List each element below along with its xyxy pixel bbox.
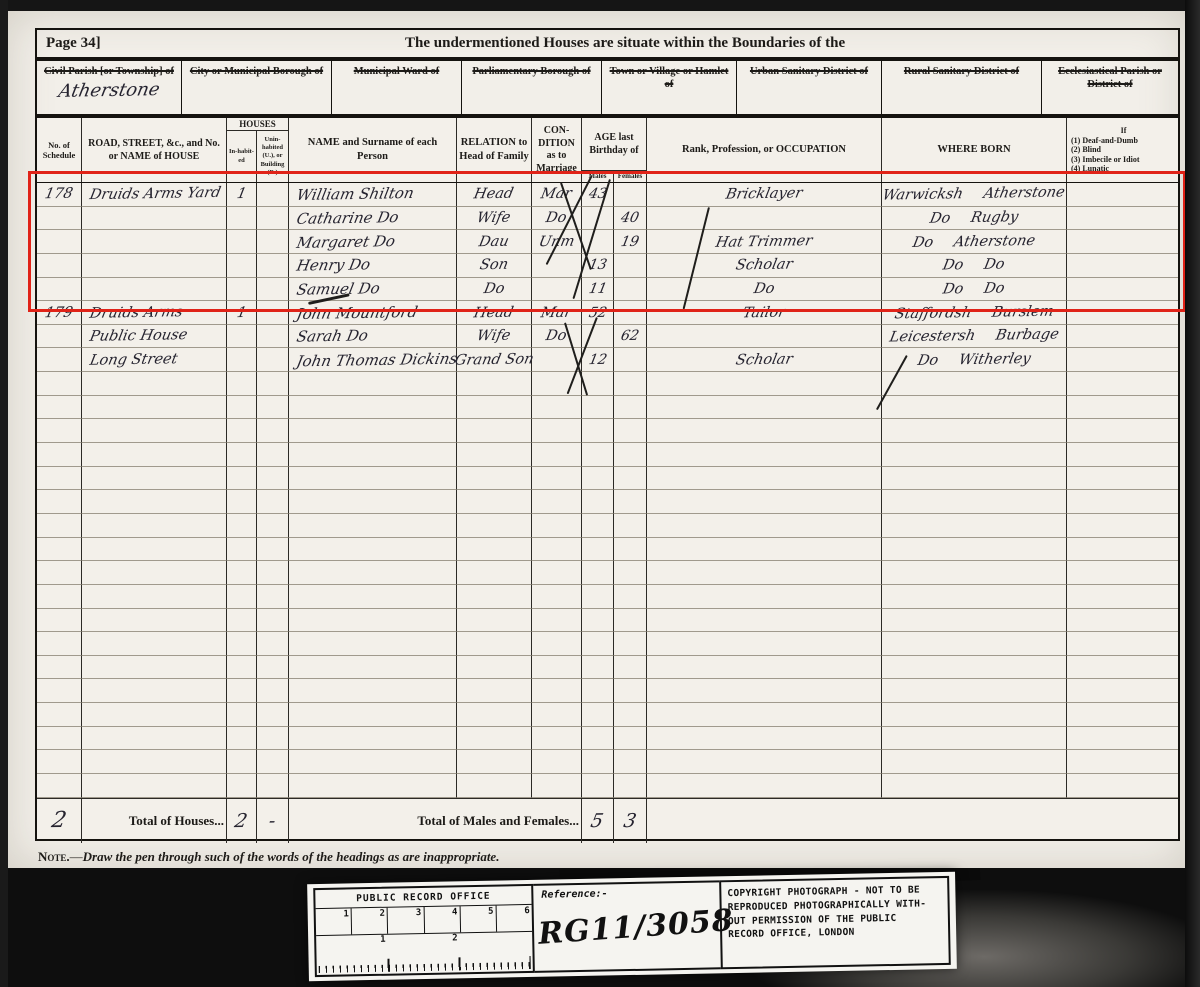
table-row xyxy=(37,419,1178,443)
handwritten-entry: Henry Do xyxy=(295,256,372,275)
cell-road xyxy=(82,656,227,680)
cell-inhabited xyxy=(227,514,257,538)
cell-age_m xyxy=(582,656,614,680)
table-row xyxy=(37,396,1178,420)
cell-born: Do Do xyxy=(882,254,1067,278)
cell-occupation xyxy=(647,538,882,562)
cell-condition xyxy=(532,561,582,585)
cell-road xyxy=(82,774,227,798)
handwritten-entry: Scholar xyxy=(734,257,794,274)
table-row xyxy=(37,467,1178,491)
cell-infirmity xyxy=(1067,514,1178,538)
cell-age_f xyxy=(614,396,647,420)
cell-born: Do Do xyxy=(882,278,1067,302)
cell-road xyxy=(82,538,227,562)
cell-inhabited xyxy=(227,278,257,302)
cell-uninhabited xyxy=(257,750,289,774)
handwritten-entry: Head xyxy=(473,186,515,203)
cell-relation xyxy=(457,538,532,562)
cell-age_m xyxy=(582,514,614,538)
handwritten-entry: Head xyxy=(473,304,515,321)
cell-uninhabited xyxy=(257,443,289,467)
cell-relation xyxy=(457,703,532,727)
table-header: No. of Schedule ROAD, STREET, &c., and N… xyxy=(37,118,1178,183)
table-row: Samuel DoDo11DoDo Do xyxy=(37,278,1178,302)
cell-born: Warwicksh Atherstone xyxy=(882,183,1067,207)
district-label: Ecclesiastical Parish or District of xyxy=(1042,65,1178,91)
table-row xyxy=(37,514,1178,538)
col-header-occupation: Rank, Profession, or OCCUPATION xyxy=(647,118,882,182)
cell-uninhabited xyxy=(257,703,289,727)
total-males: 5 xyxy=(582,799,614,844)
handwritten-entry: Druids Arms Yard xyxy=(88,185,222,203)
cell-born xyxy=(882,490,1067,514)
col-header-houses: HOUSES In-habit-ed Unin-habited (U.), or… xyxy=(227,118,289,182)
cell-infirmity xyxy=(1067,750,1178,774)
ruler-inch-row: 1 2 xyxy=(316,932,533,975)
cell-name xyxy=(289,396,457,420)
cell-age_m: 52 xyxy=(582,301,614,325)
totals-empty xyxy=(647,799,1178,844)
cell-born xyxy=(882,372,1067,396)
col-header-uninhabited: Unin-habited (U.), or Building (B.) xyxy=(257,131,288,182)
ruler-cm-cell: 1 xyxy=(316,908,353,935)
cell-born xyxy=(882,514,1067,538)
cell-condition xyxy=(532,254,582,278)
cell-born xyxy=(882,774,1067,798)
cell-road xyxy=(82,467,227,491)
table-row xyxy=(37,609,1178,633)
handwritten-entry: Druids Arms xyxy=(88,304,184,322)
handwritten-entry: Margaret Do xyxy=(295,232,397,252)
footnote-text: Draw the pen through such of the words o… xyxy=(83,849,500,864)
cell-uninhabited xyxy=(257,774,289,798)
cell-age_f xyxy=(614,183,647,207)
cell-occupation xyxy=(647,467,882,491)
handwritten-entry: Hat Trimmer xyxy=(714,233,813,251)
handwritten-entry: Tailor xyxy=(741,304,786,321)
civil-parish-handwritten-value: Atherstone xyxy=(57,79,162,102)
copyright-line: RECORD OFFICE, LONDON xyxy=(728,924,942,942)
cell-condition xyxy=(532,679,582,703)
district-box-civil-parish: Civil Parish [or Township] of Atherstone xyxy=(37,61,182,114)
cell-infirmity xyxy=(1067,254,1178,278)
handwritten-entry: 62 xyxy=(619,328,640,344)
ruler-cm-cell: 6 xyxy=(496,905,532,932)
cell-relation: Head xyxy=(457,301,532,325)
cell-occupation xyxy=(647,727,882,751)
cell-born xyxy=(882,443,1067,467)
cell-occupation xyxy=(647,561,882,585)
col-header-inhabited: In-habit-ed xyxy=(227,131,257,182)
cell-road: Druids Arms xyxy=(82,301,227,325)
cell-occupation xyxy=(647,774,882,798)
cell-road xyxy=(82,490,227,514)
table-row xyxy=(37,585,1178,609)
footnote: Note.—Draw the pen through such of the w… xyxy=(38,849,499,865)
handwritten-entry: Do Witherley xyxy=(916,351,1032,369)
cell-uninhabited xyxy=(257,278,289,302)
cell-age_m xyxy=(582,774,614,798)
cell-uninhabited xyxy=(257,207,289,231)
cell-uninhabited xyxy=(257,727,289,751)
cell-age_m xyxy=(582,703,614,727)
cell-age_f xyxy=(614,750,647,774)
col-header-road: ROAD, STREET, &c., and No. or NAME of HO… xyxy=(82,118,227,182)
cell-born xyxy=(882,396,1067,420)
cell-age_f xyxy=(614,301,647,325)
handwritten-entry: 12 xyxy=(587,352,608,368)
handwritten-entry: Do xyxy=(752,281,776,297)
cell-road xyxy=(82,254,227,278)
cell-inhabited xyxy=(227,656,257,680)
cell-born: Do Rugby xyxy=(882,207,1067,231)
cell-infirmity xyxy=(1067,679,1178,703)
page-title: The undermentioned Houses are situate wi… xyxy=(405,35,845,52)
total-males-females-label: Total of Males and Females... xyxy=(289,799,582,844)
cell-born xyxy=(882,585,1067,609)
cell-road xyxy=(82,679,227,703)
district-label: Municipal Ward of xyxy=(332,65,461,78)
cell-name: Henry Do xyxy=(289,254,457,278)
cell-age_m xyxy=(582,750,614,774)
cell-schedule xyxy=(37,490,82,514)
cell-name: John Mountford xyxy=(289,301,457,325)
handwritten-entry: Do Do xyxy=(942,257,1007,274)
cell-schedule xyxy=(37,538,82,562)
cell-age_f xyxy=(614,514,647,538)
cell-occupation xyxy=(647,703,882,727)
pro-stamp-strip: PUBLIC RECORD OFFICE 1 2 3 4 5 6 1 2 Ref… xyxy=(307,872,957,981)
cell-schedule xyxy=(37,230,82,254)
cell-age_m xyxy=(582,419,614,443)
cell-infirmity xyxy=(1067,278,1178,302)
cell-name xyxy=(289,679,457,703)
ruler-cm-cell: 3 xyxy=(388,907,425,934)
cell-age_m xyxy=(582,679,614,703)
cell-inhabited xyxy=(227,538,257,562)
handwritten-entry: Do Do xyxy=(942,280,1007,297)
cell-age_f xyxy=(614,372,647,396)
cell-name xyxy=(289,656,457,680)
cell-uninhabited xyxy=(257,467,289,491)
reference-label: Reference:- xyxy=(541,886,711,900)
cell-inhabited xyxy=(227,325,257,349)
cell-uninhabited xyxy=(257,632,289,656)
cell-occupation xyxy=(647,750,882,774)
cell-born xyxy=(882,538,1067,562)
cell-infirmity xyxy=(1067,207,1178,231)
footnote-prefix: Note. xyxy=(38,849,70,864)
cell-occupation: Scholar xyxy=(647,348,882,372)
table-row xyxy=(37,727,1178,751)
cell-relation xyxy=(457,443,532,467)
cell-age_f xyxy=(614,561,647,585)
cell-occupation xyxy=(647,656,882,680)
totals-row: 2 Total of Houses... 2 - Total of Males … xyxy=(37,798,1178,844)
cell-schedule xyxy=(37,727,82,751)
cell-age_f xyxy=(614,609,647,633)
cell-occupation xyxy=(647,443,882,467)
cell-uninhabited xyxy=(257,254,289,278)
cell-infirmity xyxy=(1067,632,1178,656)
cell-condition: Do xyxy=(532,325,582,349)
infirmity-line: If xyxy=(1071,126,1176,136)
col-header-born: WHERE BORN xyxy=(882,118,1067,182)
cell-age_m: 12 xyxy=(582,348,614,372)
handwritten-entry: 19 xyxy=(619,233,640,249)
cell-road xyxy=(82,396,227,420)
cell-road xyxy=(82,230,227,254)
cell-relation xyxy=(457,372,532,396)
cell-road xyxy=(82,585,227,609)
cell-road xyxy=(82,703,227,727)
cell-infirmity xyxy=(1067,774,1178,798)
cell-relation xyxy=(457,727,532,751)
cell-relation xyxy=(457,632,532,656)
cell-infirmity xyxy=(1067,609,1178,633)
handwritten-entry: Sarah Do xyxy=(295,327,370,346)
cell-uninhabited xyxy=(257,561,289,585)
cell-age_m xyxy=(582,727,614,751)
cell-name xyxy=(289,609,457,633)
cell-occupation xyxy=(647,207,882,231)
cell-born xyxy=(882,727,1067,751)
cell-uninhabited xyxy=(257,230,289,254)
cell-condition xyxy=(532,419,582,443)
cell-born xyxy=(882,561,1067,585)
cell-occupation xyxy=(647,419,882,443)
table-row: Catharine DoWifeDo40Do Rugby xyxy=(37,207,1178,231)
cell-occupation xyxy=(647,585,882,609)
cell-relation xyxy=(457,396,532,420)
cell-age_m xyxy=(582,490,614,514)
handwritten-entry: Grand Son xyxy=(453,351,535,368)
table-row xyxy=(37,750,1178,774)
cell-uninhabited xyxy=(257,325,289,349)
cell-infirmity xyxy=(1067,396,1178,420)
cell-infirmity xyxy=(1067,727,1178,751)
cell-road xyxy=(82,278,227,302)
cell-occupation: Scholar xyxy=(647,254,882,278)
cell-inhabited xyxy=(227,490,257,514)
handwritten-entry: 178 xyxy=(44,186,75,202)
reference-box: Reference:- RG11/3058 xyxy=(533,880,721,973)
cell-born xyxy=(882,703,1067,727)
table-row xyxy=(37,656,1178,680)
cell-condition xyxy=(532,609,582,633)
cell-age_f xyxy=(614,703,647,727)
handwritten-entry: Do Atherstone xyxy=(911,233,1036,251)
table-row xyxy=(37,561,1178,585)
cell-relation xyxy=(457,419,532,443)
cell-infirmity xyxy=(1067,490,1178,514)
table-row xyxy=(37,703,1178,727)
cell-condition xyxy=(532,585,582,609)
table-row xyxy=(37,679,1178,703)
cell-inhabited xyxy=(227,774,257,798)
cell-schedule: 178 xyxy=(37,183,82,207)
cell-inhabited xyxy=(227,396,257,420)
cell-road xyxy=(82,514,227,538)
houses-group-label: HOUSES xyxy=(227,118,288,131)
cell-relation xyxy=(457,490,532,514)
cell-schedule xyxy=(37,585,82,609)
handwritten-entry: Bricklayer xyxy=(724,186,804,203)
cell-road xyxy=(82,207,227,231)
col-header-infirmity: If (1) Deaf-and-Dumb (2) Blind (3) Imbec… xyxy=(1067,118,1178,182)
cell-age_m xyxy=(582,443,614,467)
cell-relation xyxy=(457,656,532,680)
ruler-inch-label: 1 xyxy=(380,935,386,945)
cell-infirmity xyxy=(1067,372,1178,396)
ruler-cm-row: 1 2 3 4 5 6 xyxy=(316,904,532,936)
col-header-name: NAME and Surname of each Person xyxy=(289,118,457,182)
handwritten-entry: Scholar xyxy=(734,351,794,368)
cell-name xyxy=(289,703,457,727)
cell-uninhabited xyxy=(257,585,289,609)
district-label: Rural Sanitary District of xyxy=(882,65,1041,78)
cell-schedule xyxy=(37,632,82,656)
scan-edge-left xyxy=(0,0,8,987)
ruler-inch-label: 2 xyxy=(452,933,458,943)
cell-born: Do Atherstone xyxy=(882,230,1067,254)
reference-number-handwritten: RG11/3058 xyxy=(537,903,735,952)
cell-uninhabited xyxy=(257,183,289,207)
cell-occupation xyxy=(647,396,882,420)
cell-uninhabited xyxy=(257,514,289,538)
cell-name xyxy=(289,467,457,491)
cell-relation xyxy=(457,750,532,774)
cell-age_f xyxy=(614,419,647,443)
cell-road xyxy=(82,632,227,656)
pro-ruler-box: PUBLIC RECORD OFFICE 1 2 3 4 5 6 1 2 xyxy=(313,884,535,977)
total-houses-uninhabited: - xyxy=(257,799,289,844)
table-row xyxy=(37,538,1178,562)
cell-name xyxy=(289,514,457,538)
district-box-rural-sanitary: Rural Sanitary District of xyxy=(882,61,1042,114)
cell-uninhabited xyxy=(257,609,289,633)
cell-relation xyxy=(457,467,532,491)
scan-edge-right xyxy=(1185,0,1200,987)
cell-road xyxy=(82,443,227,467)
cell-age_f xyxy=(614,538,647,562)
cell-age_m xyxy=(582,585,614,609)
cell-condition xyxy=(532,490,582,514)
cell-inhabited xyxy=(227,467,257,491)
cell-inhabited xyxy=(227,561,257,585)
table-body: 178Druids Arms Yard1William ShiltonHeadM… xyxy=(37,183,1178,798)
copyright-box: COPYRIGHT PHOTOGRAPH - NOT TO BE REPRODU… xyxy=(719,876,951,969)
col-header-females: Females xyxy=(614,171,646,182)
cell-condition xyxy=(532,443,582,467)
cell-name xyxy=(289,727,457,751)
cell-age_m xyxy=(582,632,614,656)
cell-age_m xyxy=(582,609,614,633)
cell-condition xyxy=(532,632,582,656)
table-row xyxy=(37,443,1178,467)
cell-uninhabited xyxy=(257,656,289,680)
handwritten-entry: 11 xyxy=(587,281,608,297)
total-houses-label: Total of Houses... xyxy=(82,799,227,844)
cell-age_f xyxy=(614,490,647,514)
cell-schedule xyxy=(37,419,82,443)
table-row xyxy=(37,632,1178,656)
cell-born xyxy=(882,750,1067,774)
district-box-town-village: Town or Village or Hamlet of xyxy=(602,61,737,114)
cell-condition xyxy=(532,396,582,420)
cell-age_f xyxy=(614,443,647,467)
handwritten-entry: 40 xyxy=(619,210,640,226)
cell-name xyxy=(289,585,457,609)
cell-name: Catharine Do xyxy=(289,207,457,231)
cell-age_m xyxy=(582,467,614,491)
cell-schedule xyxy=(37,325,82,349)
handwritten-entry: William Shilton xyxy=(295,184,415,204)
handwritten-entry: Dau xyxy=(478,233,511,250)
cell-inhabited xyxy=(227,230,257,254)
col-header-age: AGE last Birthday of Males Females xyxy=(582,118,647,182)
cell-uninhabited xyxy=(257,301,289,325)
table-row: Margaret DoDauUnm19Hat TrimmerDo Atherst… xyxy=(37,230,1178,254)
cell-infirmity xyxy=(1067,703,1178,727)
district-box-parliamentary-borough: Parliamentary Borough of xyxy=(462,61,602,114)
district-box-ecclesiastical-parish: Ecclesiastical Parish or District of xyxy=(1042,61,1178,114)
cell-condition xyxy=(532,727,582,751)
total-females: 3 xyxy=(614,799,647,844)
handwritten-entry: Mar xyxy=(540,304,574,321)
cell-infirmity xyxy=(1067,301,1178,325)
cell-age_f: 62 xyxy=(614,325,647,349)
cell-relation xyxy=(457,561,532,585)
cell-inhabited xyxy=(227,585,257,609)
cell-condition xyxy=(532,467,582,491)
handwritten-entry: 1 xyxy=(235,186,247,202)
cell-uninhabited xyxy=(257,372,289,396)
cell-infirmity xyxy=(1067,230,1178,254)
ruler-cm-cell: 2 xyxy=(352,908,389,935)
cell-schedule xyxy=(37,750,82,774)
table-row: Long StreetJohn Thomas DickinsGrand Son1… xyxy=(37,348,1178,372)
census-page: Page 34] The undermentioned Houses are s… xyxy=(8,11,1186,868)
cell-name: John Thomas Dickins xyxy=(289,348,457,372)
cell-infirmity xyxy=(1067,561,1178,585)
cell-condition: Mar xyxy=(532,301,582,325)
page-header-strip: Page 34] The undermentioned Houses are s… xyxy=(35,28,1180,59)
cell-age_m xyxy=(582,396,614,420)
district-label: City or Municipal Borough of xyxy=(182,65,331,78)
cell-inhabited xyxy=(227,419,257,443)
totals-schedule-mark: 2 xyxy=(37,799,82,844)
cell-occupation xyxy=(647,372,882,396)
cell-infirmity xyxy=(1067,443,1178,467)
cell-condition xyxy=(532,538,582,562)
col-header-condition: CON- DITION as to Marriage xyxy=(532,118,582,182)
cell-relation: Son xyxy=(457,254,532,278)
district-label: Town or Village or Hamlet of xyxy=(602,65,736,91)
cell-relation: Head xyxy=(457,183,532,207)
cell-infirmity xyxy=(1067,419,1178,443)
cell-occupation: Hat Trimmer xyxy=(647,230,882,254)
cell-relation xyxy=(457,585,532,609)
cell-name xyxy=(289,561,457,585)
cell-road xyxy=(82,727,227,751)
cell-inhabited xyxy=(227,372,257,396)
cell-schedule xyxy=(37,561,82,585)
cell-relation: Wife xyxy=(457,325,532,349)
cell-name xyxy=(289,443,457,467)
cell-inhabited xyxy=(227,348,257,372)
